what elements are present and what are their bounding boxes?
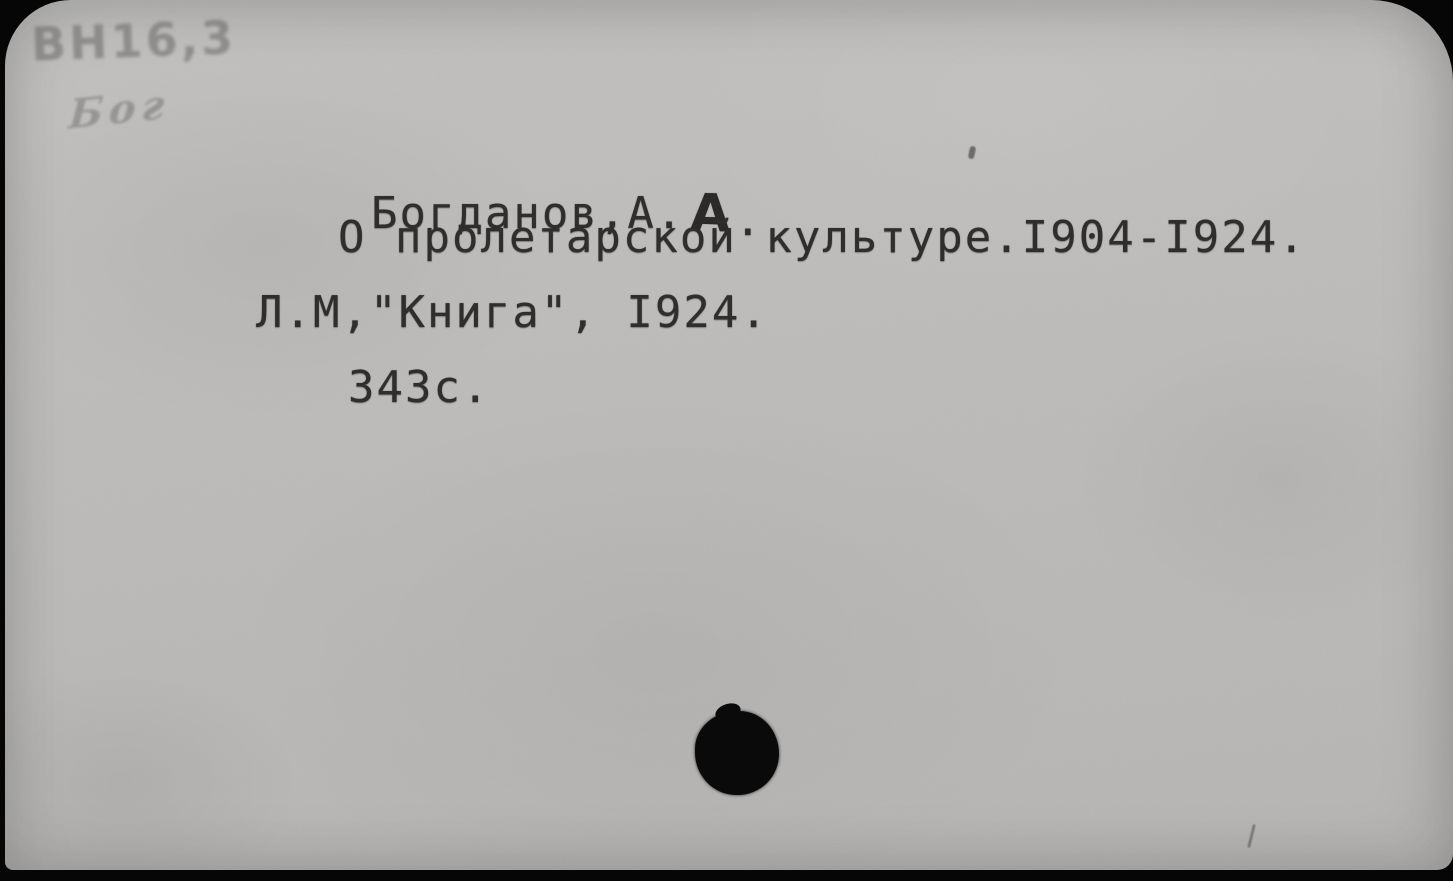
- pagination-line: 343с.: [348, 363, 490, 414]
- pencil-author-abbreviation: Бог: [68, 80, 172, 138]
- hole-punch-nub: [713, 700, 743, 723]
- pencil-call-number: ВН16,3: [30, 10, 237, 71]
- imprint-line: Л.М,"Книга", I924.: [256, 288, 769, 339]
- catalog-card: ВН16,3 Бог Богданов,А.А. О пролетарской …: [5, 0, 1453, 870]
- title-line: О пролетарской культуре.I904-I924.: [338, 213, 1307, 264]
- pen-slash-mark: [1247, 824, 1256, 848]
- hole-punch: [695, 711, 779, 795]
- ink-speck: [968, 146, 977, 160]
